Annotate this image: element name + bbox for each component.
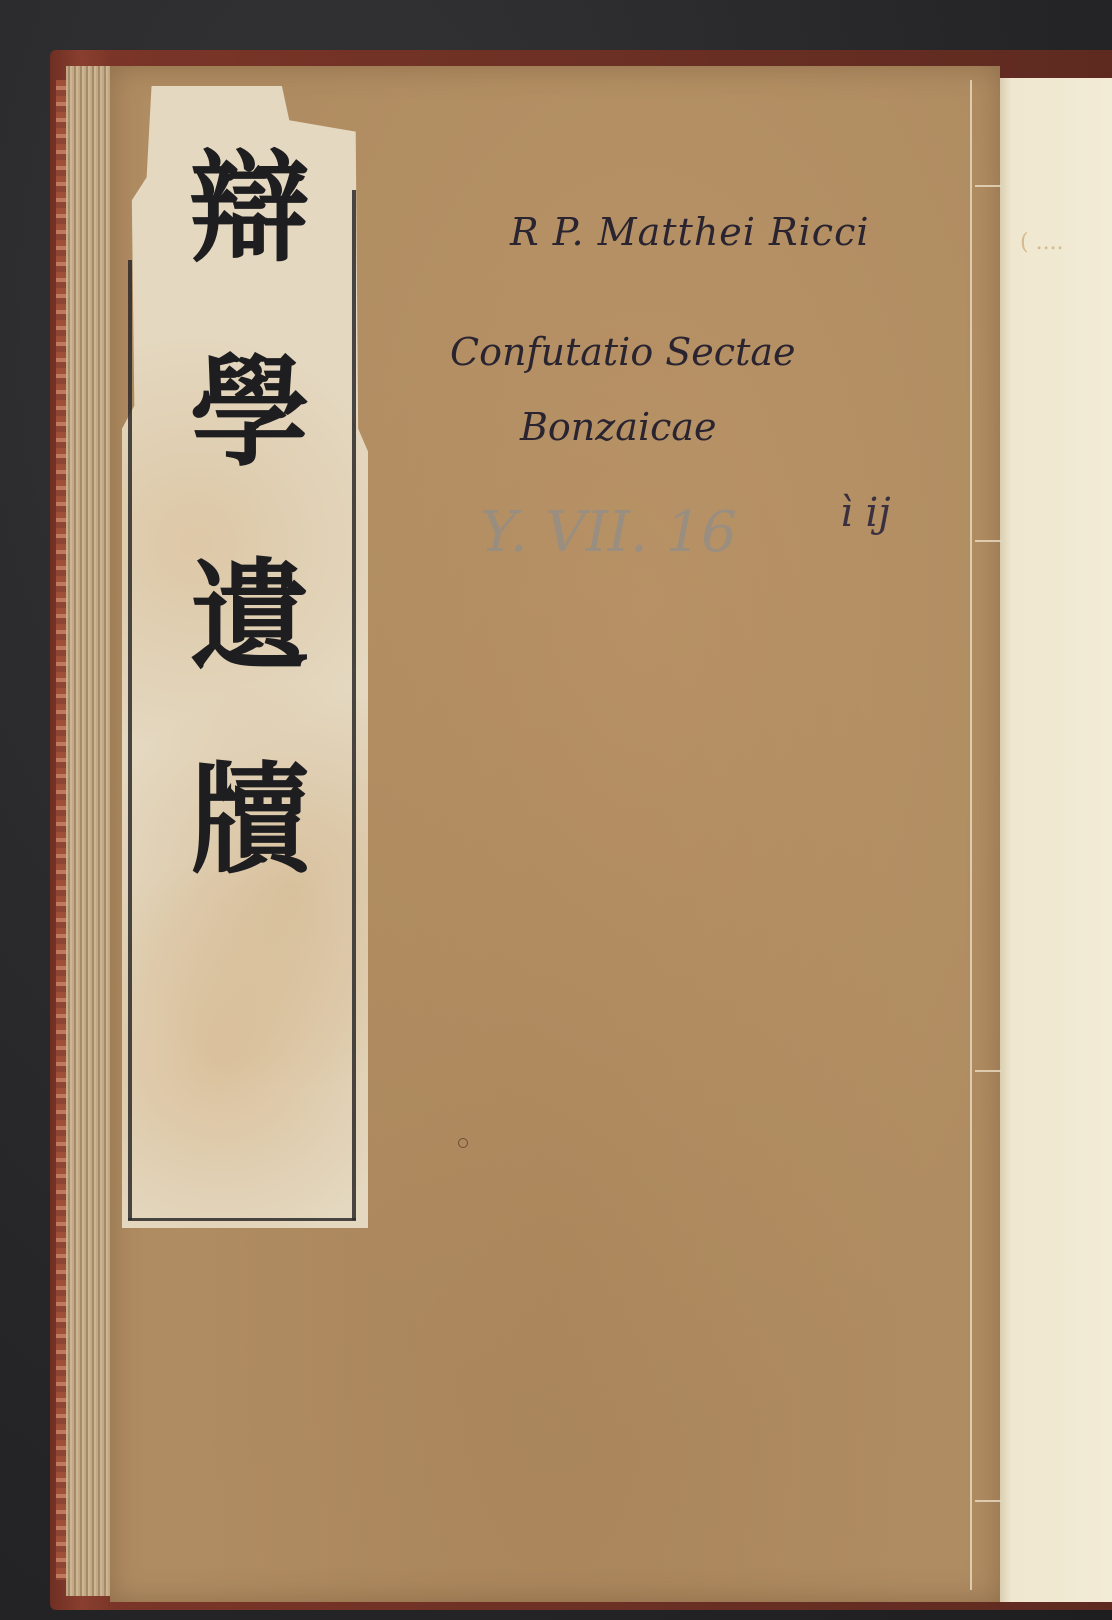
title-char-3: 遺 bbox=[190, 548, 310, 688]
stitch-tie bbox=[975, 1500, 1001, 1502]
facing-page bbox=[1000, 78, 1112, 1602]
title-char-2: 學 bbox=[190, 344, 310, 484]
pencil-shelfmark: Y. VII. 16 bbox=[480, 500, 737, 565]
title-char-4: 牘 bbox=[190, 752, 310, 892]
stitch-thread bbox=[970, 80, 972, 1590]
stitch-tie bbox=[975, 540, 1001, 542]
facing-page-mark: ( .... bbox=[1020, 230, 1064, 255]
handwritten-latin-title-line-2: Bonzaicae bbox=[520, 405, 717, 449]
handwritten-latin-title-line-1: Confutatio Sectae bbox=[450, 330, 796, 374]
stitch-tie bbox=[975, 1070, 1001, 1072]
book-title: 辯 學 遺 牘 bbox=[170, 140, 330, 892]
marginal-ink-mark: ì ij bbox=[840, 490, 891, 536]
title-slip-border-right bbox=[352, 190, 356, 1220]
stitch-tie bbox=[975, 185, 1001, 187]
title-char-1: 辯 bbox=[190, 140, 310, 280]
title-slip-border-left bbox=[128, 260, 132, 1220]
title-slip-border-bottom bbox=[128, 1218, 356, 1221]
paper-hole bbox=[458, 1138, 468, 1148]
handwritten-owner-note: R P. Matthei Ricci bbox=[510, 210, 870, 254]
